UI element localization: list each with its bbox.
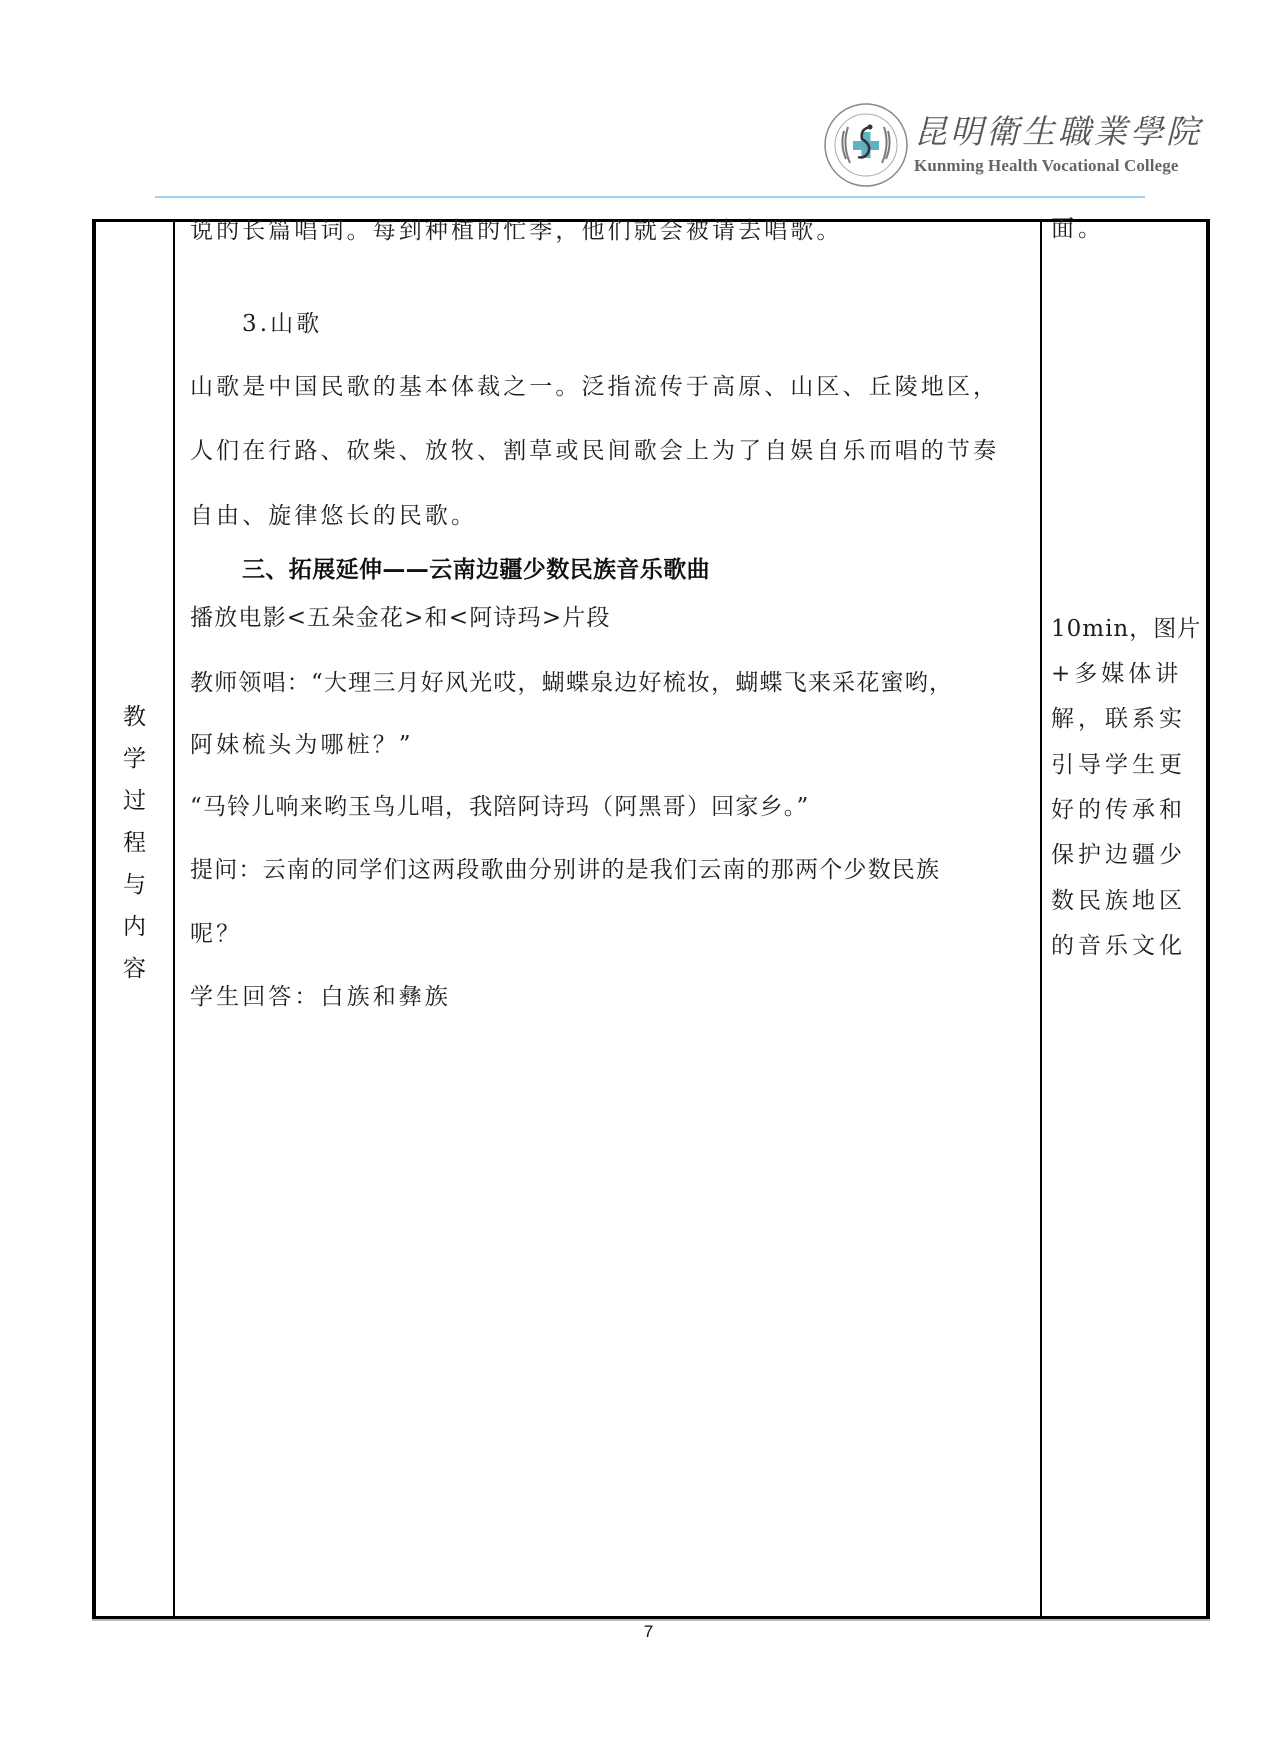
notes-cell: 面。 10min，图片 +多媒体讲 解，联系实 引导学生更 好的传承和 保护边疆… xyxy=(1051,222,1201,1616)
page-number: 7 xyxy=(0,1622,1271,1642)
subheading-mountain-song: 3.山歌 xyxy=(242,309,322,339)
paragraph-line: 山歌是中国民歌的基本体裁之一。泛指流传于高原、山区、丘陵地区， xyxy=(190,372,999,402)
brand-name-english: Kunming Health Vocational College xyxy=(914,156,1214,176)
section-heading-extension: 三、拓展延伸——云南边疆少数民族音乐歌曲 xyxy=(242,555,710,585)
paragraph-line: 呢？ xyxy=(190,919,242,949)
section-label-char: 教 xyxy=(123,696,146,738)
note-line: 解，联系实 xyxy=(1051,704,1186,734)
paragraph-line: 阿妹梳头为哪桩？” xyxy=(190,730,414,760)
college-brand: 昆明衛生職業學院 Kunming Health Vocational Colle… xyxy=(914,112,1214,176)
section-label-char: 与 xyxy=(123,864,146,906)
paragraph-line: 人们在行路、砍柴、放牧、割草或民间歌会上为了自娱自乐而唱的节奏 xyxy=(190,436,999,466)
college-emblem-icon xyxy=(822,101,910,189)
note-line: 好的传承和 xyxy=(1051,795,1186,825)
note-line: 数民族地区 xyxy=(1051,886,1186,916)
paragraph-line: 教师领唱：“大理三月好风光哎，蝴蝶泉边好梳妆，蝴蝶飞来采花蜜哟， xyxy=(190,668,953,698)
note-line: 保护边疆少 xyxy=(1051,840,1186,870)
brand-name-chinese: 昆明衛生職業學院 xyxy=(914,112,1214,152)
content-cell: 说的长篇唱词。每到种植的忙季，他们就会被请去唱歌。 3.山歌 山歌是中国民歌的基… xyxy=(190,222,1036,1616)
note-line: 面。 xyxy=(1051,214,1105,244)
paragraph-line: 播放电影<五朵金花>和<阿诗玛>片段 xyxy=(190,603,611,633)
paragraph-line: 自由、旋律悠长的民歌。 xyxy=(190,501,477,531)
paragraph-line: “马铃儿响来哟玉鸟儿唱，我陪阿诗玛（阿黑哥）回家乡。” xyxy=(190,792,809,822)
note-line: 10min，图片 xyxy=(1051,614,1201,644)
paragraph-line: 提问：云南的同学们这两段歌曲分别讲的是我们云南的那两个少数民族 xyxy=(190,855,940,885)
section-label-char: 学 xyxy=(123,738,146,780)
section-label-char: 容 xyxy=(123,948,146,990)
lesson-plan-table: 教 学 过 程 与 内 容 说的长篇唱词。每到种植的忙季，他们就会被请去唱歌。 … xyxy=(92,219,1210,1619)
section-label-char: 内 xyxy=(123,906,146,948)
paragraph-line: 说的长篇唱词。每到种植的忙季，他们就会被请去唱歌。 xyxy=(190,216,843,246)
paragraph-line: 学生回答：白族和彝族 xyxy=(190,982,451,1012)
section-label-char: 过 xyxy=(123,780,146,822)
note-line: 引导学生更 xyxy=(1051,750,1186,780)
column-divider xyxy=(1040,222,1042,1616)
note-line: +多媒体讲 xyxy=(1051,659,1182,689)
column-divider xyxy=(173,222,175,1616)
section-label-teaching-process: 教 学 过 程 与 内 容 xyxy=(96,696,173,990)
header-divider xyxy=(155,196,1145,198)
note-line: 的音乐文化 xyxy=(1051,931,1186,961)
section-label-char: 程 xyxy=(123,822,146,864)
